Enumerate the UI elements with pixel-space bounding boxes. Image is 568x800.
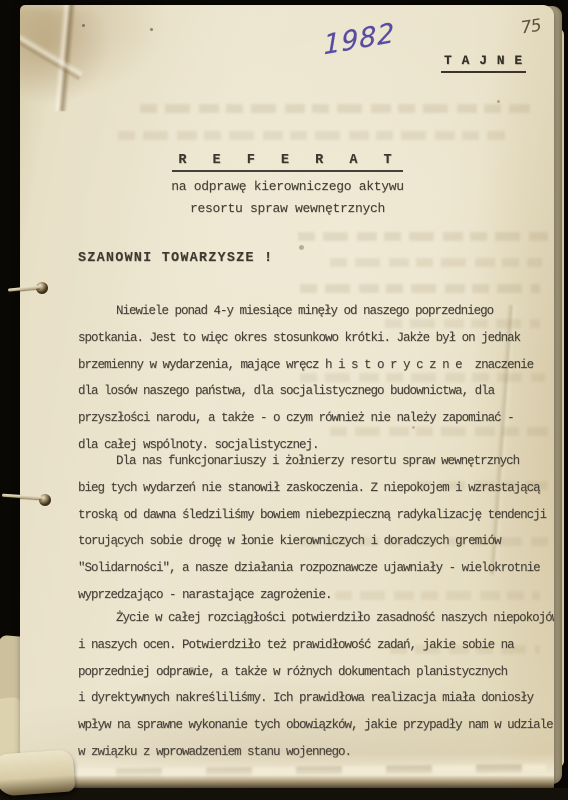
paper-speck	[150, 28, 153, 31]
scanned-document-photo: T A J N E R E F E R A T na odprawę kiero…	[0, 0, 568, 800]
document-title-block: R E F E R A T	[80, 150, 495, 172]
ghost-bleedthrough-line	[140, 104, 530, 113]
body-line: spotkania. Jest to więc okres stosunkowo…	[78, 325, 554, 352]
classification-stamp: T A J N E	[441, 53, 526, 73]
body-line: Dla nas funkcjonariuszy i żołnierzy reso…	[78, 448, 554, 475]
ghost-bleedthrough-line	[298, 232, 548, 241]
body-line: wpływ na sprawne wykonanie tych obowiązk…	[78, 712, 554, 739]
body-line: bieg tych wydarzeń nie stanowił zaskocze…	[78, 475, 554, 502]
body-line: torujących sobie drogę w łonie kierownic…	[78, 528, 554, 555]
ghost-bleedthrough-line	[300, 284, 540, 293]
paragraph: Niewiele ponad 4-y miesiące minęły od na…	[78, 298, 554, 459]
body-line: Życie w całej rozciągłości potwierdziło …	[78, 605, 554, 632]
body-line: przyszłości narodu, a także - o czym rów…	[78, 405, 554, 432]
ghost-bleedthrough-line	[330, 258, 542, 267]
paragraph: Dla nas funkcjonariuszy i żołnierzy reso…	[78, 448, 554, 609]
document-page: T A J N E R E F E R A T na odprawę kiero…	[20, 5, 554, 791]
ghost-bleedthrough-line	[118, 131, 505, 140]
page-curl-corner	[0, 749, 75, 796]
body-line: brzemienny w wydarzenia, mające wręcz h …	[78, 352, 554, 379]
handwritten-page-number: 75	[520, 16, 543, 39]
body-line: i naszych ocen. Potwierdziło też prawidł…	[78, 632, 554, 659]
body-line: "Solidarności", a nasze działania rozpoz…	[78, 555, 554, 582]
document-subtitle-line2: resortu spraw wewnętrznych	[80, 201, 495, 216]
body-line: troską od dawna śledziliśmy bowiem niebe…	[78, 502, 554, 529]
paragraph: Życie w całej rozciągłości potwierdziło …	[78, 605, 554, 766]
salutation: SZANOWNI TOWARZYSZE !	[78, 251, 273, 266]
body-line: dla losów naszego państwa, dla socjalist…	[78, 378, 554, 405]
table-shadow	[0, 788, 568, 800]
body-line: Niewiele ponad 4-y miesiące minęły od na…	[78, 298, 554, 325]
document-title: R E F E R A T	[172, 153, 402, 172]
document-subtitle-line1: na odprawę kierowniczego aktywu	[80, 179, 495, 194]
body-line: i dyrektywnych nakreśliliśmy. Ich prawid…	[78, 685, 554, 712]
body-line: poprzedniej odprawie, a także w różnych …	[78, 659, 554, 686]
page-bottom-fold	[20, 753, 554, 791]
